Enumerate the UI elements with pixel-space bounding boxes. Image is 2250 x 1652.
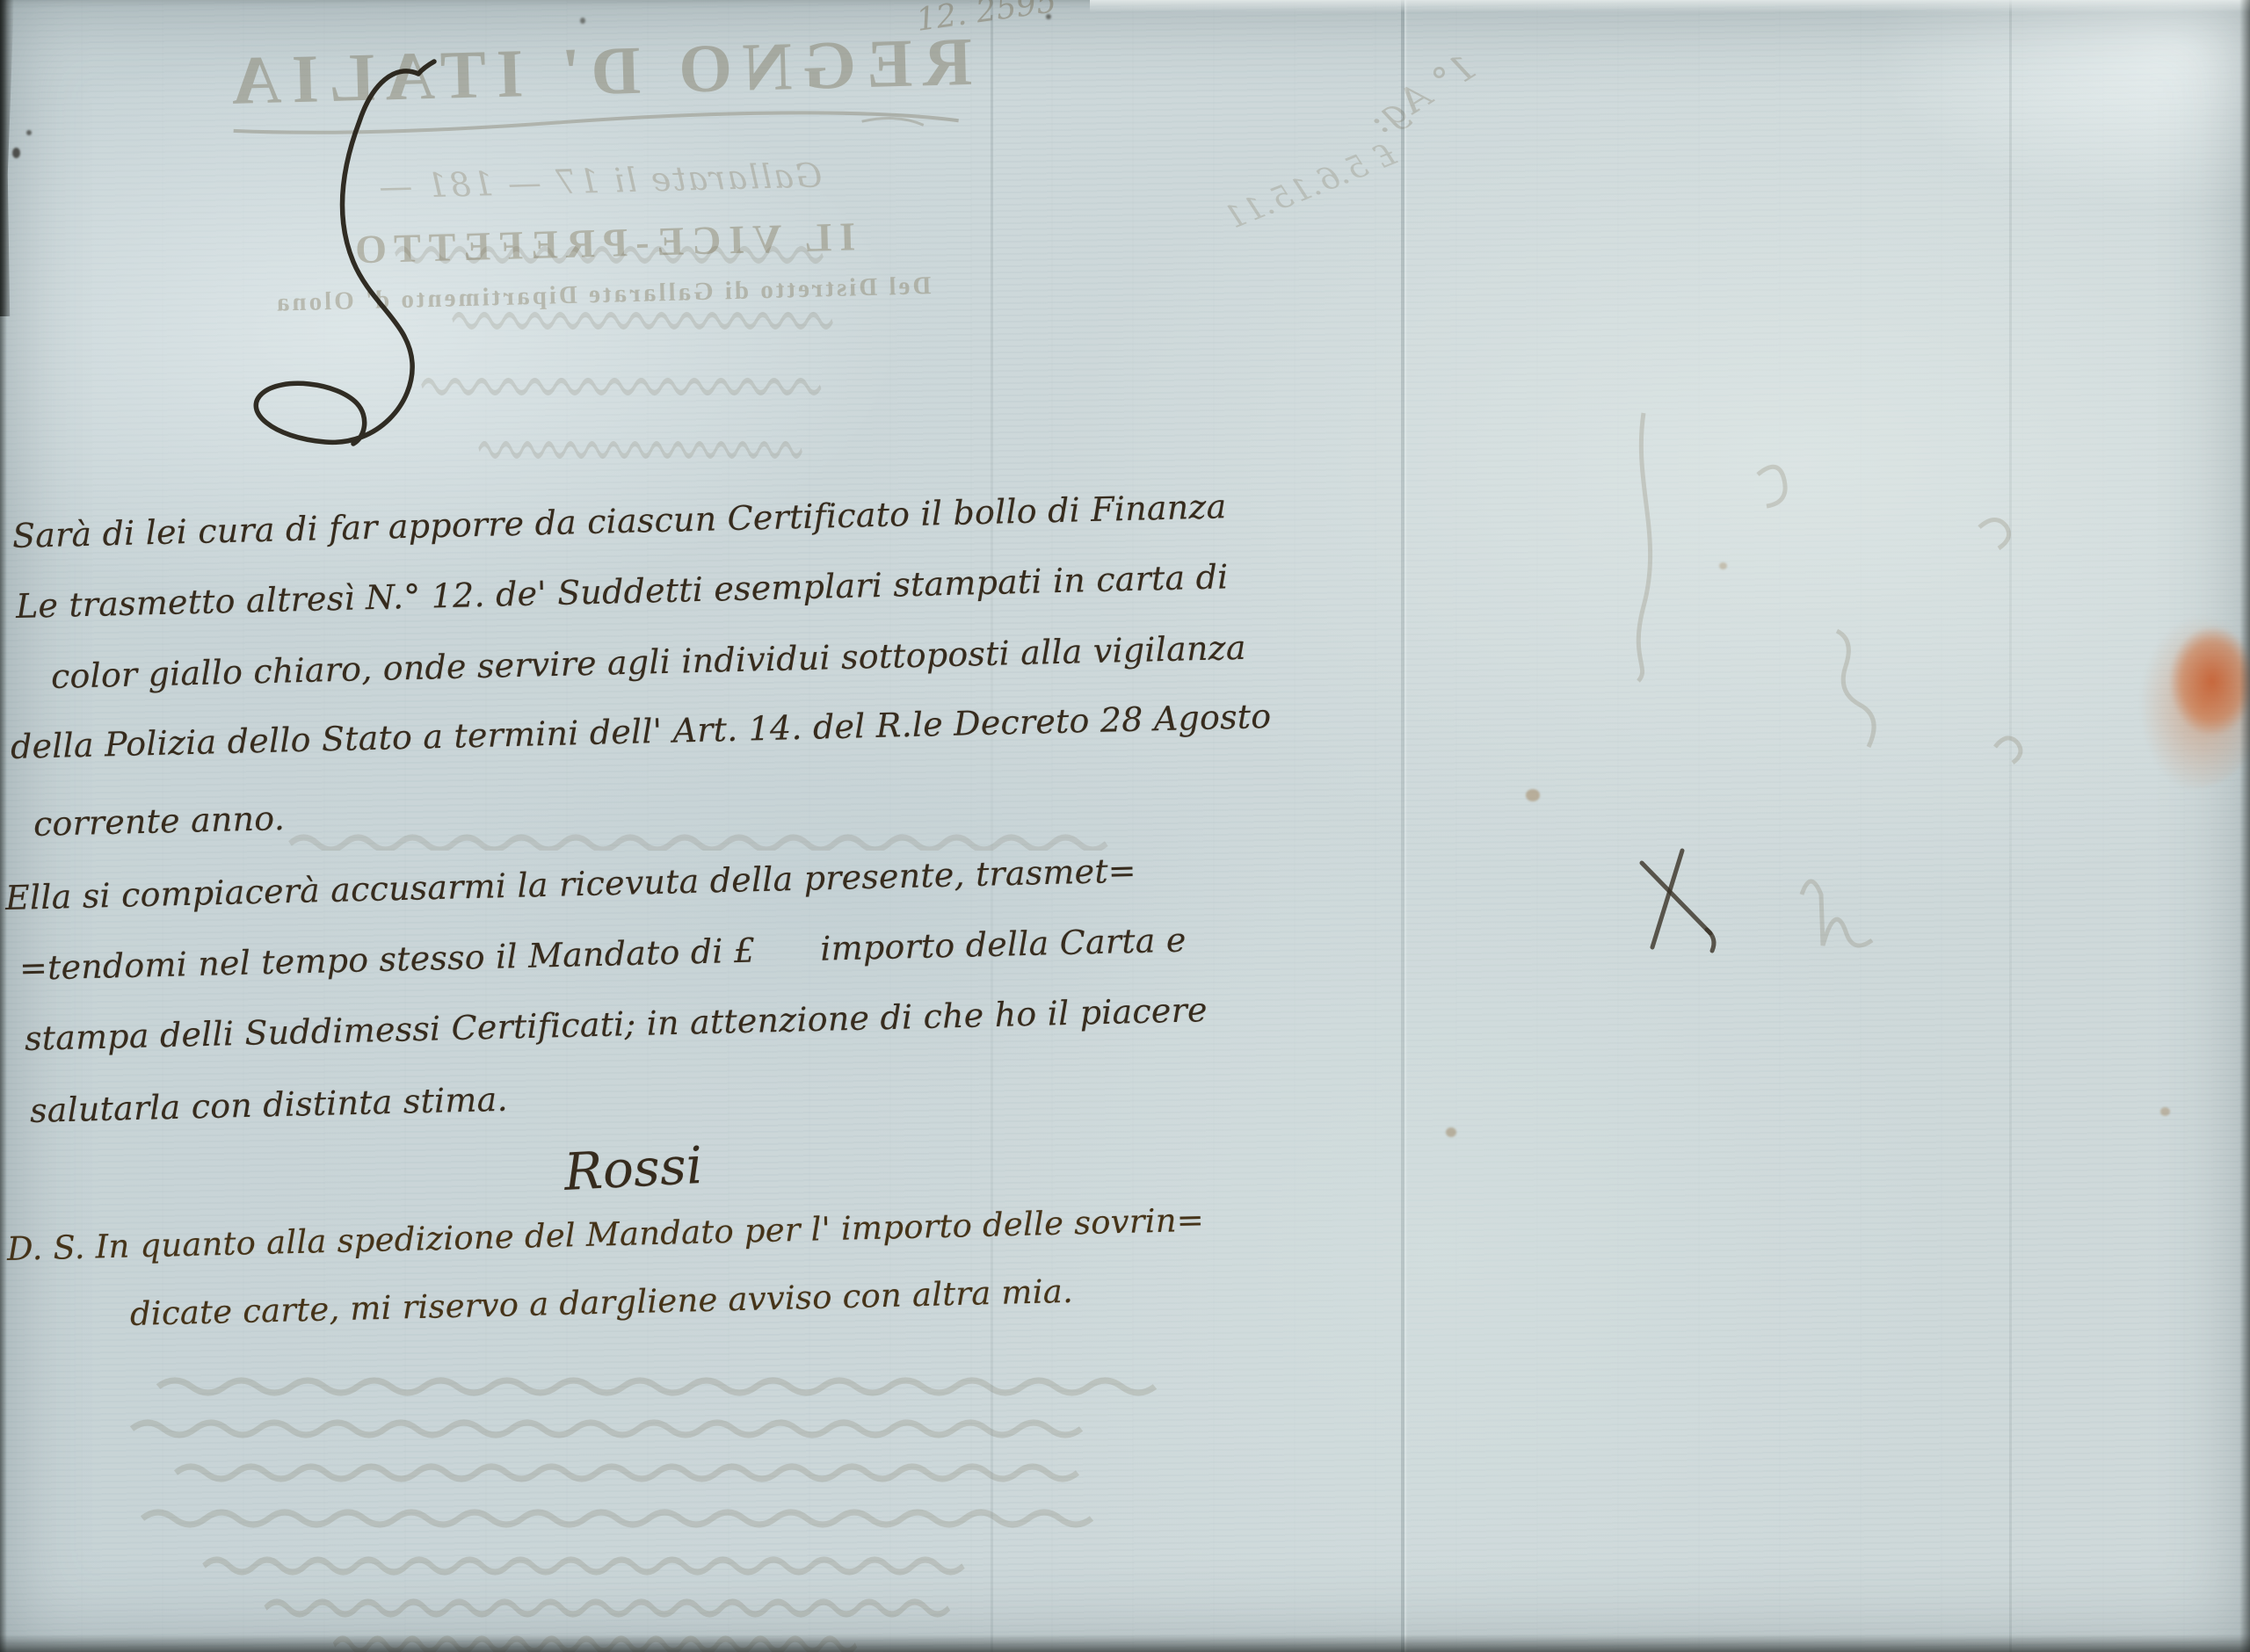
fold-crease [991,0,993,1652]
bleedthrough-mark [1626,842,1740,965]
foxing-spot [1526,789,1540,801]
bleedthrough-mark [369,211,861,492]
ink-speck [1046,14,1051,19]
foxing-spot [1446,1127,1456,1137]
annotation-top-right: £ 5.6.15.11 [1220,136,1401,237]
body-line: stampa delli Suddimessi Certificati; in … [24,990,1208,1058]
paper-edge-shadow [2239,0,2250,1652]
fold-crease [2009,0,2012,1652]
blank-amount-space [756,960,821,962]
body-line: =tendomi nel tempo stesso il Mandato di … [18,921,1187,988]
ink-speck [580,18,585,24]
paper-edge-shadow [0,0,7,1652]
signature: Rossi [562,1135,704,1202]
body-line-segment: importo della Carta e [820,921,1187,968]
body-line: Ella si compiacerà accusarmi la ricevuta… [4,851,1136,917]
bleedthrough-mark [123,1353,1248,1652]
seal-stain [2130,603,2250,789]
body-line: salutarla con distinta stima. [29,1080,508,1130]
paper-edge-highlight [1090,0,2250,12]
body-line: corrente anno. [33,799,285,844]
manuscript-paper: REGNO D' ITALIA Gallarate li 17 — 181 — … [0,0,2250,1652]
fold-crease [1401,0,1404,1652]
body-line: color giallo chiaro, onde servire agli i… [50,628,1246,696]
paper-edge-shadow [0,0,14,316]
body-line: Sarà di lei cura di far apporre da ciasc… [11,487,1226,555]
body-line-segment: =tendomi nel tempo stesso il Mandato di … [18,931,755,988]
body-line: della Polizia dello Stato a termini dell… [10,697,1271,766]
annotation-top-right: 1° Ag: [1361,45,1483,143]
foxing-spot [2160,1107,2170,1116]
foxing-spot [1719,562,1727,569]
calligraphic-s-flourish [231,49,442,471]
ink-speck [12,148,20,158]
bleedthrough-mark [281,807,1143,851]
postscript-line: dicate carte, mi riservo a dargliene avv… [129,1272,1073,1333]
body-line: Le trasmetto altresì N.° 12. de' Suddett… [15,557,1228,626]
postscript-line: D. S. In quanto alla spedizione del Mand… [6,1201,1204,1268]
ink-speck [26,130,32,135]
